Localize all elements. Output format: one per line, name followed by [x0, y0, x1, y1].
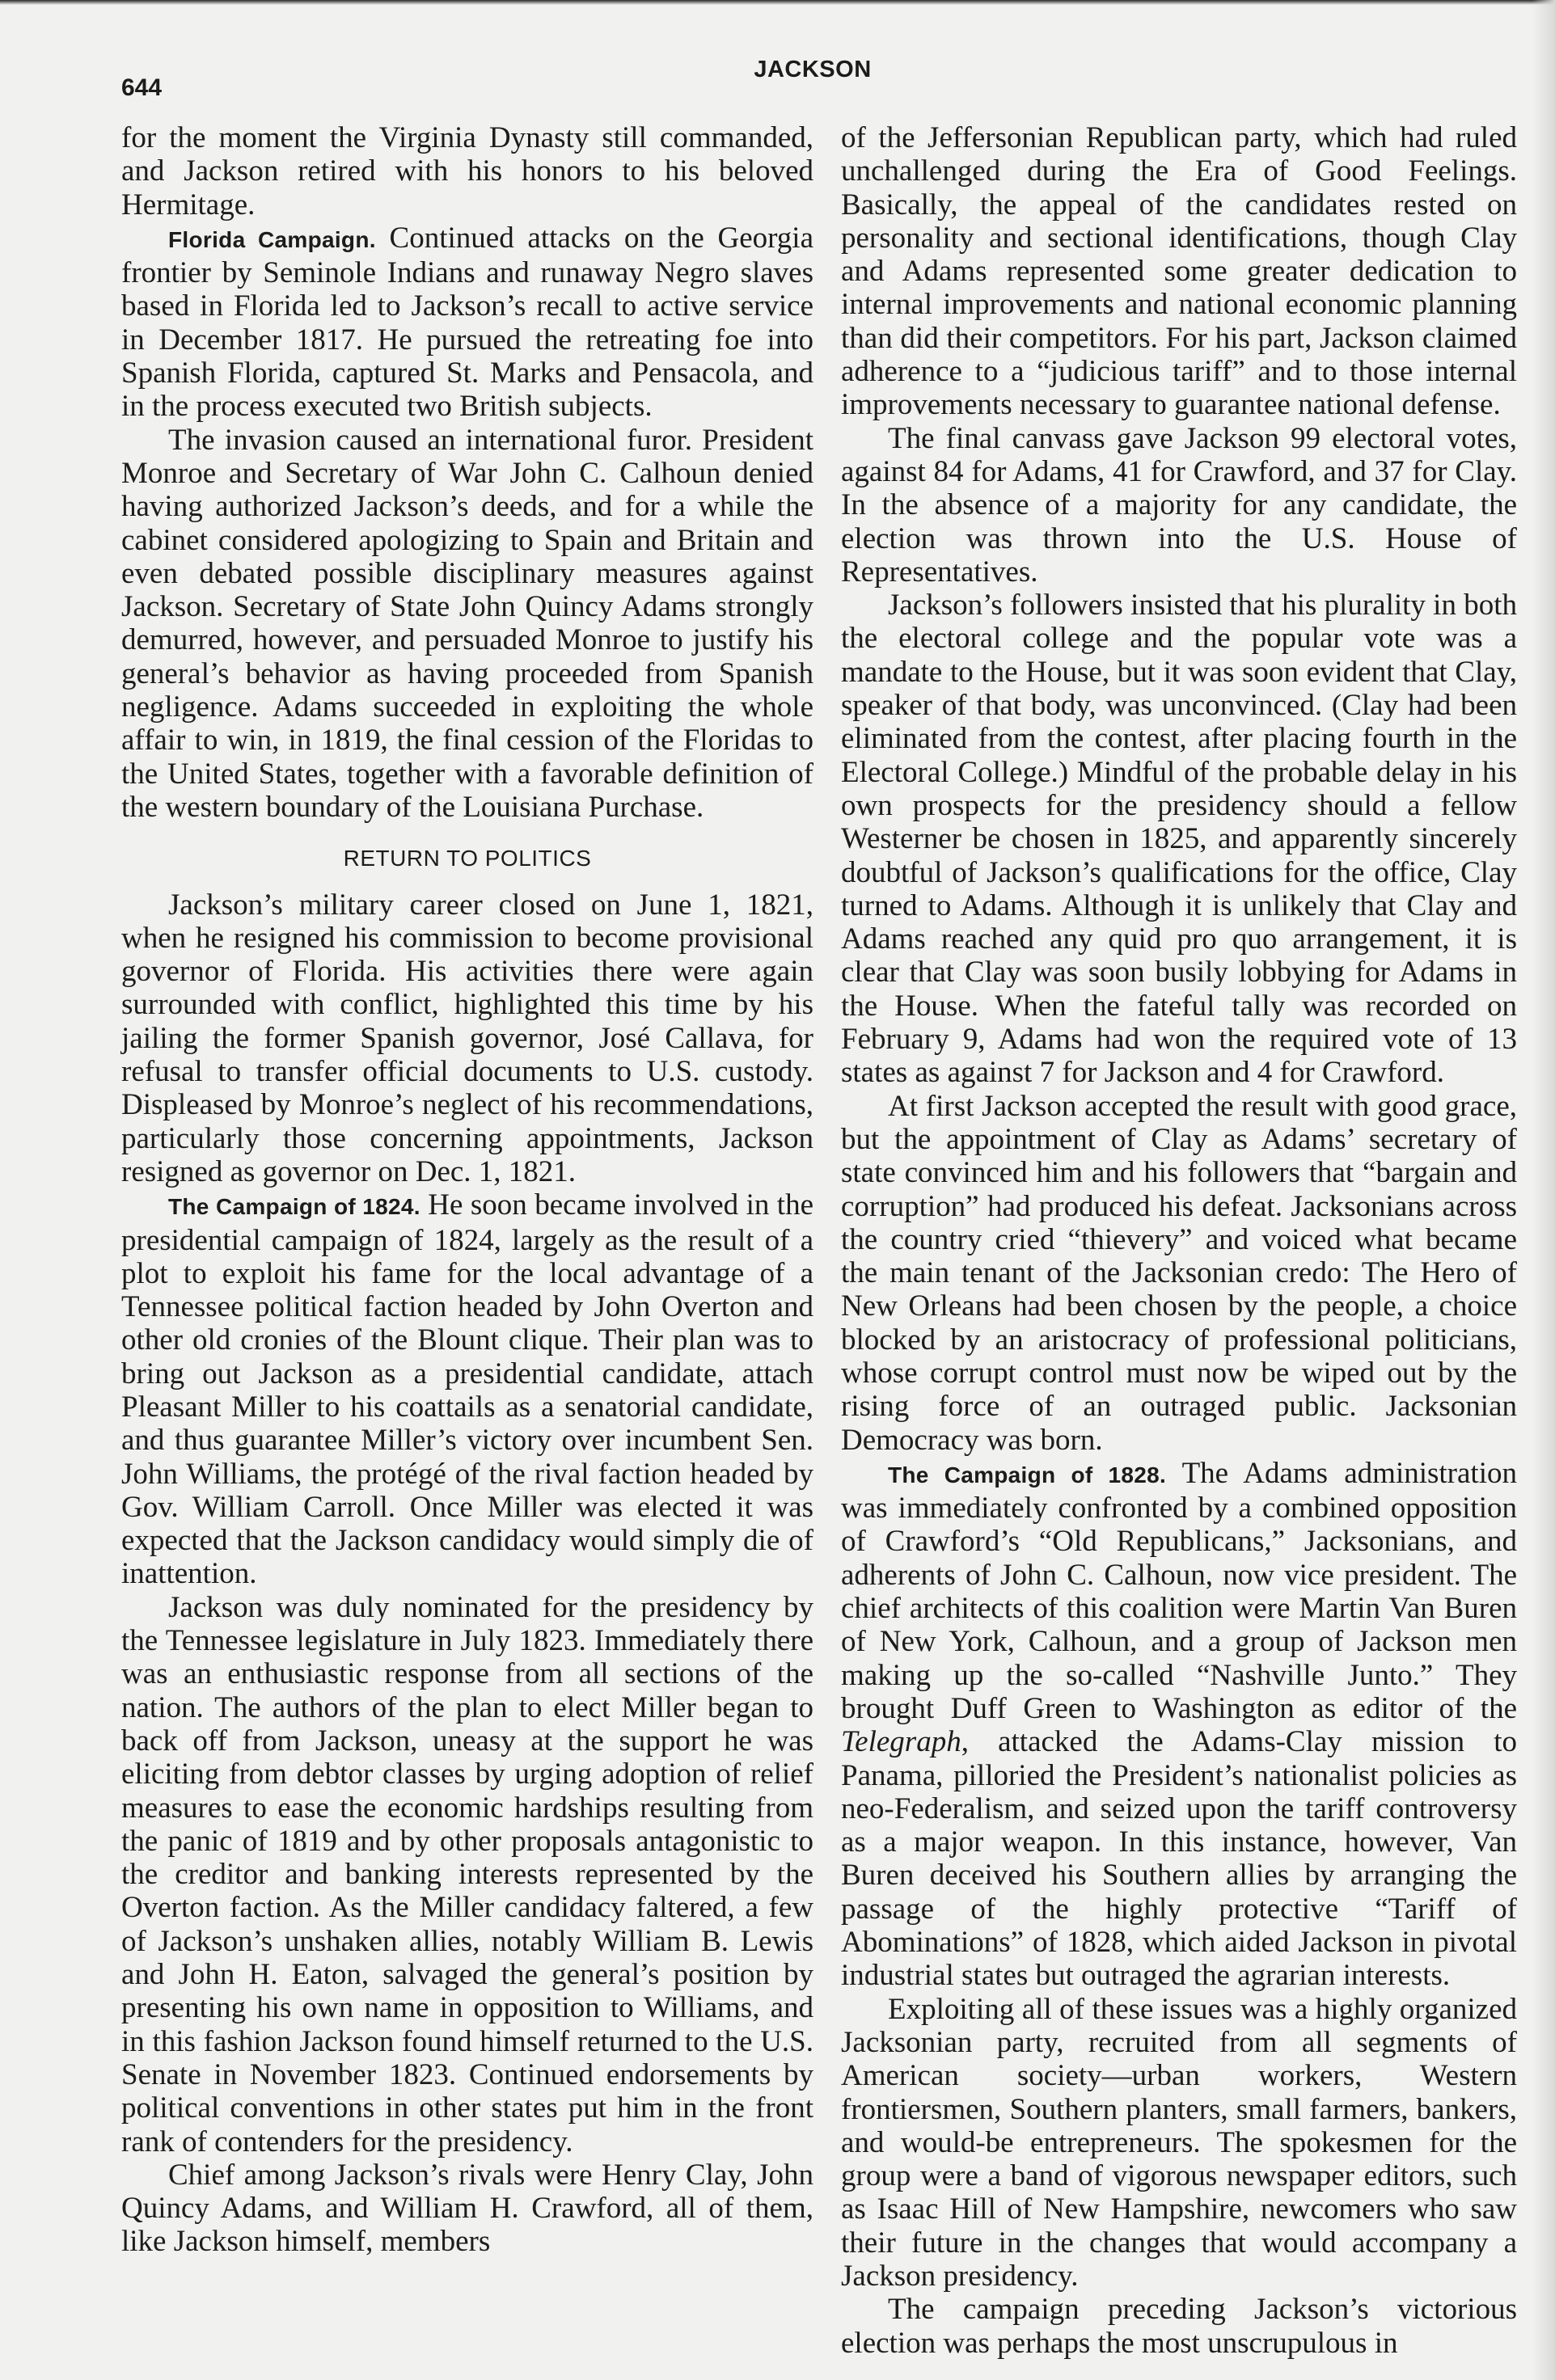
paragraph: Jackson’s followers insisted that his pl…	[841, 589, 1517, 1089]
paragraph-text: He soon became involved in the president…	[121, 1188, 813, 1590]
paragraph: of the Jeffersonian Republican party, wh…	[841, 121, 1517, 422]
paragraph: The final canvass gave Jackson 99 electo…	[841, 422, 1517, 589]
paragraph: Jackson was duly nominated for the presi…	[121, 1591, 813, 2158]
run-in-heading: The Campaign of 1824.	[168, 1194, 420, 1219]
left-column: for the moment the Virginia Dynasty stil…	[121, 121, 813, 2259]
paragraph: for the moment the Virginia Dynasty stil…	[121, 121, 813, 222]
right-column: of the Jeffersonian Republican party, wh…	[841, 121, 1517, 2360]
paragraph-florida-campaign: Florida Campaign. Continued attacks on t…	[121, 222, 813, 424]
paragraph: Chief among Jackson’s rivals were Henry …	[121, 2158, 813, 2259]
paragraph-campaign-1824: The Campaign of 1824. He soon became inv…	[121, 1188, 813, 1591]
paragraph-campaign-1828: The Campaign of 1828. The Adams administ…	[841, 1457, 1517, 1993]
paragraph: The campaign preceding Jackson’s victori…	[841, 2293, 1517, 2360]
page-gutter-shadow	[1532, 0, 1555, 2380]
page-edge-shadow	[0, 0, 1555, 5]
paragraph-text: The Adams administration was immediately…	[841, 1457, 1517, 1725]
section-heading: RETURN TO POLITICS	[121, 842, 813, 875]
paragraph: Jackson’s military career closed on June…	[121, 888, 813, 1189]
paragraph: At first Jackson accepted the result wit…	[841, 1090, 1517, 1457]
paragraph-text: , attacked the Adams-Clay mission to Pan…	[841, 1725, 1517, 1992]
running-head: JACKSON	[0, 57, 1555, 83]
newspaper-title: Telegraph	[841, 1725, 961, 1758]
run-in-heading: Florida Campaign.	[168, 227, 376, 252]
paragraph: Exploiting all of these issues was a hig…	[841, 1993, 1517, 2293]
run-in-heading: The Campaign of 1828.	[888, 1462, 1166, 1487]
paragraph: The invasion caused an international fur…	[121, 424, 813, 825]
